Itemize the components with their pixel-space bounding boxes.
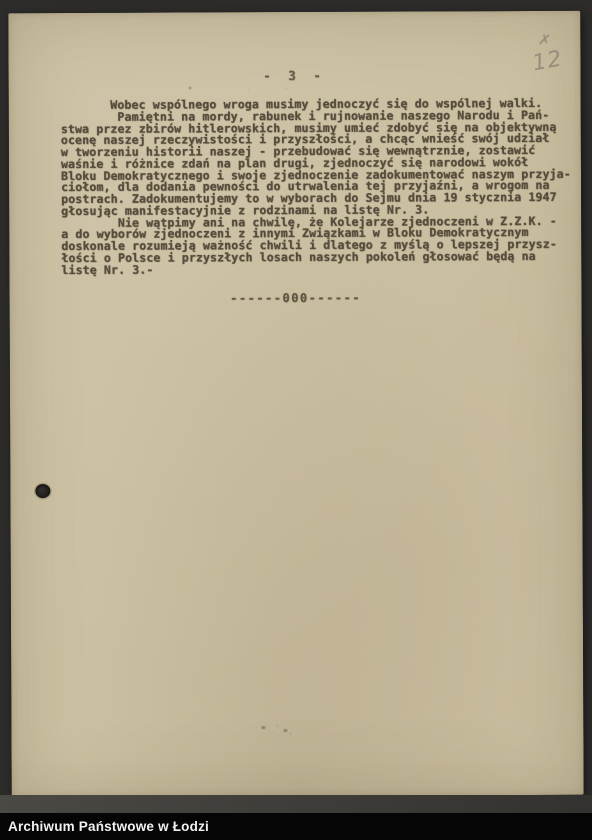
end-separator: ------000------ (10, 290, 582, 306)
document-page: - 3 - Wobec wspólnego wroga musimy jedno… (8, 11, 583, 797)
scanned-document-view: - 3 - Wobec wspólnego wroga musimy jedno… (0, 0, 592, 840)
typewritten-text-block: Wobec wspólnego wroga musimy jednoczyć s… (61, 98, 572, 276)
archive-caption: Archiwum Państwowe w Łodzi (0, 819, 209, 834)
scanner-background-strip (0, 795, 592, 813)
stray-ink-specks (187, 82, 327, 93)
pencil-cross-mark: ✗ (537, 30, 552, 50)
punch-hole (35, 484, 50, 498)
pencil-page-annotation: 12 (531, 46, 565, 76)
archive-caption-bar: Archiwum Państwowe w Łodzi (0, 813, 592, 840)
text-line: listę Nr. 3.- (61, 262, 571, 276)
ink-smudge (253, 712, 299, 744)
